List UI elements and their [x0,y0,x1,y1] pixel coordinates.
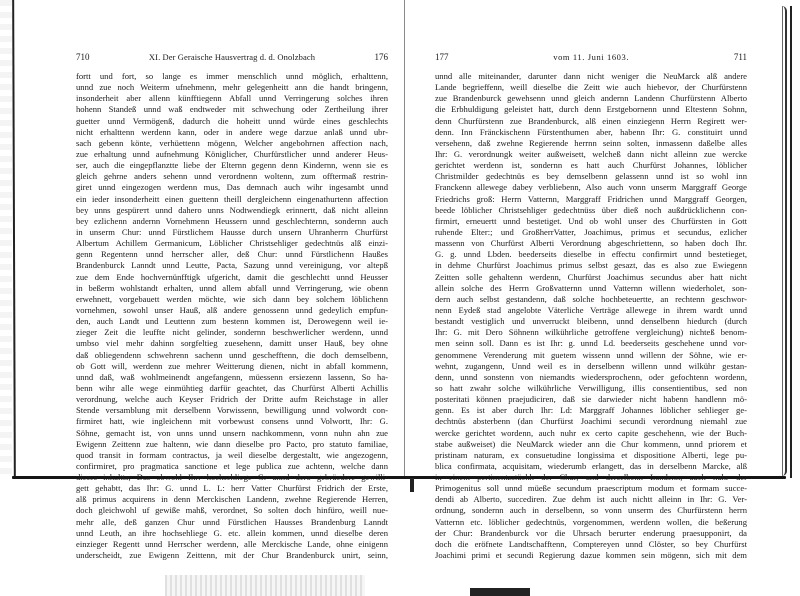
text-line: dern auch selbst gestandenn, daß solche … [435,294,747,305]
text-line: beede löblicher Christsehliger gedechtnü… [435,205,747,216]
text-line: gerichtet werdenn ist, sondernn es hatt … [435,160,747,171]
text-line: Christmilder gedechtnüs es bey demselben… [435,171,747,182]
text-line: doch die eröfnete Landtschafftenn, Compt… [435,539,747,550]
text-line: denn Churfürstenn zue Brandenburck, alß … [435,116,747,127]
text-line: in einem pertinentzstückh der Chur, und … [435,472,747,483]
text-line: Franckenn allewege dabey verbliebenn, Al… [435,182,747,193]
text-line: Brandenburck Lanndt unnd Leutte, Pacta, … [76,260,388,271]
right-page: 177 vom 11. Juni 1603. 711 unnd alle mit… [435,52,747,561]
text-line: in dehme Churfürst Joachimus primus selb… [435,260,747,271]
text-line: hohenn Standeß unnd waß endtweder mit sc… [76,104,388,115]
text-line: umbso viel mehr dahinn sorgfeltieg zuese… [76,338,388,349]
text-line: giret unnd eingezogen werdenn mus, Das d… [76,182,388,193]
left-page-border [12,0,16,478]
text-line: dechtnüs absterbenn (dan Churfürst Joach… [435,416,747,427]
text-line: Söhne, gemacht ist, von unns unnd unsern… [76,428,388,439]
text-line: firmiret hatt, wie ingleichenn mit vorbe… [76,416,388,427]
right-page-edge [790,6,792,478]
left-page: 710 XI. Der Geraische Hausvertrag d. d. … [76,52,388,561]
text-line: ein ieder insonderheitt einen guettenn t… [76,194,388,205]
left-document-page: 176 [374,52,388,62]
text-line: den, auch Landt und Leuttenn zum bestenn… [76,316,388,327]
text-line: men seinn soll. Dann es ist Ihr: g. unnd… [435,338,747,349]
text-line: posteritati können praejudiciren, daß si… [435,394,747,405]
text-line: verordnung, welche auch Keyser Fridrich … [76,394,388,405]
text-line: wehnt, zugangenn, Unnd weil es in dersel… [435,361,747,372]
text-line: Ihr: G. verordnungk weiter außweisett, w… [435,149,747,160]
left-page-body: fortt und fort, so lange es immer mensch… [76,71,388,561]
text-line: guetter unnd Vermögenß, dadurch die hohe… [76,116,388,127]
text-line: underscheidt, zue Ewigenn Zeittenn, mit … [76,550,388,561]
text-line: Ihr: G. mit Dero Söhnenn wilkührliche ge… [435,327,747,338]
page-edge-shadow [0,0,12,478]
text-line: alß primus acquirens in denn Merckischen… [76,494,388,505]
text-line: firmirt, erneuertt unnd bestetiget. Und … [435,216,747,227]
spine-marker [410,478,414,492]
text-line: ruhende Elter:; und GroßherrVatter, Joac… [435,227,747,238]
text-line: Primogenitus soll unnd müeße secundum pr… [435,483,747,494]
text-line: genn. Es ist aber durch Ihr: Ld: Marggra… [435,405,747,416]
text-line: ob Gott will, werdenn zue mehrer Weitter… [76,361,388,372]
left-page-header: 710 XI. Der Geraische Hausvertrag d. d. … [76,52,388,66]
text-line: benn wihr alle wege einmühtieg darfür ge… [76,383,388,394]
book-gutter [404,0,405,478]
text-line: unnd Leuth, an ihre hochsehliege G. etc.… [76,528,388,539]
scan-artifact [165,575,365,596]
text-line: bey unns gespüreтt unnd dahero unns Nodt… [76,205,388,216]
text-line: Vatternn etc. löblicher gedechtnüs, vorg… [435,517,747,528]
text-line: massenn von Churfürst Alberti Verordnung… [435,238,747,249]
text-line: die Erbhuldigung geleistet hatt, durch d… [435,104,747,115]
text-line: stabe außweiset) die NeuMarck wieder ann… [435,439,747,450]
text-line: bestandt vestiglich und unverruckt bleib… [435,316,747,327]
text-line: Ewigenn Zeittenn zue haltenn, wie dann d… [76,439,388,450]
text-line: gett gehabtt, das Ihr: G. unnd L. L: her… [76,483,388,494]
text-line: in unserm Chur: unnd Fürstlichem Hausse … [76,227,388,238]
text-line: nenn Eydeß stad angelobte Väterliche Ver… [435,305,747,316]
text-line: Joachimi primi et secundi Regierung dazu… [435,550,747,561]
text-line: gleich gehrne anders sehenn unnd verordn… [76,171,388,182]
text-line: daß obliegendenn schwehrenn sachenn unnd… [76,350,388,361]
text-line: Friedrichs groß: Herrn Vatternn, Marggra… [435,194,747,205]
left-running-title: XI. Der Geraische Hausvertrag d. d. Onol… [149,52,315,62]
right-page-number: 711 [734,52,747,62]
text-line: Albertum Achillem Germanicum, Löblicher … [76,238,388,249]
text-line: allein solche des Herrn Großvatternn unn… [435,283,747,294]
text-line: versehenn, daß zwehne Regierende herrnn … [435,138,747,149]
text-line: nicht erhalttenn werdenn kann, oder in a… [76,127,388,138]
text-line: einzieger Regentt unnd Herrscher werdenn… [76,539,388,550]
right-running-title: vom 11. Juni 1603. [553,52,629,62]
text-line: confirmiret, pro pragmatica sanctione et… [76,461,388,472]
book-spread: 710 XI. Der Geraische Hausvertrag d. d. … [0,0,800,596]
text-line: pristinam naturam, ex consuetudine longi… [435,450,747,461]
right-document-page: 177 [435,52,449,62]
text-line: unnd zue noch Weiterm ufnehmenn, mehr ge… [76,82,388,93]
text-line: genn Regentenn unnd herrscher aller, deß… [76,249,388,260]
text-line: denn. Inn Fränckischenn Fürstenthumen ab… [435,127,747,138]
text-line: blica confirmata, acquisitam, wiederumb … [435,461,747,472]
text-line: ordnung, sondernn auch in derselbenn, so… [435,505,747,516]
text-line: Stende versamblung mit derselbenn Vorwis… [76,405,388,416]
right-page-border [782,6,787,476]
text-line: vornehmen, sowohl unser Hauß, alß andere… [76,305,388,316]
text-line: unnd alle miteinander, darunter dann nic… [435,71,747,82]
text-line: doch gleichwohl uf gewiße mahß, verordne… [76,505,388,516]
text-line: erwehnett, vorgebauett werden möchte, wi… [76,294,388,305]
text-line: quod transit in formam contractus, ja we… [76,450,388,461]
right-page-header: 177 vom 11. Juni 1603. 711 [435,52,747,66]
text-line: dendi ab Alberto, succediren. Zue dehm i… [435,494,747,505]
right-page-body: unnd alle miteinander, darunter dann nic… [435,71,747,561]
text-line: zue erhaltung unnd aufnehmung Königliche… [76,149,388,160]
text-line: Lande begrieffenn, weill dieselbe die Ze… [435,82,747,93]
text-line: zue Brandenburck gewehsenn unnd gleich a… [435,93,747,104]
text-line: so hatt zwahr solche wilkührliche Verwil… [435,383,747,394]
text-line: G. g. unnd Lbden. beederseits dieselbe i… [435,249,747,260]
text-line: ser, auch die eingepflanztte liebe der E… [76,160,388,171]
text-line: der Chur: Brandenburck vor die Uhrsach b… [435,528,747,539]
text-line: mehr alle, deß ganzen Chur unnd Fürstlic… [76,517,388,528]
text-line: Zeitten solle gehaltenn werdenn, Churfür… [435,272,747,283]
text-line: fortt und fort, so lange es immer mensch… [76,71,388,82]
text-line: dieses inhaltts, Das obwohl Ihr: hochseh… [76,472,388,483]
text-line: in beßerm wohlstandt erhalten, unnd alle… [76,283,388,294]
left-page-number: 710 [76,52,90,62]
text-line: insonderheit aber allenn künfftiegenn Ab… [76,93,388,104]
text-line: unnd daß, waß wohlmeinendt angefangenn, … [76,372,388,383]
scan-artifact-dark [470,588,530,596]
text-line: denn, unnd sonstenn von niemandts wieder… [435,372,747,383]
text-line: wercke gerichtet wordenn, auch nuhr ex c… [435,428,747,439]
text-line: genommene Verenderung mit guetem wissenn… [435,350,747,361]
text-line: sach gebenn könte, verhüettenn mögenn, W… [76,138,388,149]
text-line: zieger Zeit die leuffte nicht gelinder, … [76,327,388,338]
text-line: bey ezlichenn andernn Vornehmenn Heusser… [76,216,388,227]
text-line: zue dem Ende hochvernünfftigk ufgericht,… [76,272,388,283]
